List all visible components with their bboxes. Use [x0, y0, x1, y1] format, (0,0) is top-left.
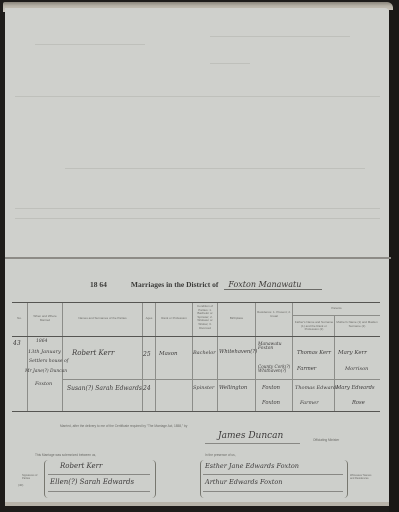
groom-residence-present: Manawatu Foxton [258, 343, 292, 352]
groom-mother-name: Mary Kerr [338, 351, 367, 357]
ghost-line [210, 36, 350, 37]
bride-mother-name: Mary Edwards [336, 386, 375, 391]
bride-mother-maiden: Rose [352, 401, 365, 406]
upper-page-blank [5, 8, 389, 258]
groom-name: Robert Kerr [72, 350, 114, 357]
entry-row-divider [62, 379, 380, 380]
header-birthplace: Birthplace [218, 317, 255, 321]
ghost-line [210, 63, 250, 64]
header-father: Father's Name and Surname (1) and the Ra… [294, 321, 334, 332]
bride-name: Susan(?) Sarah Edwards [67, 386, 142, 392]
signature-line [48, 491, 150, 492]
entry-place-3: Foxton [35, 382, 52, 387]
signature-line [203, 474, 343, 475]
minister-signature: James Duncan [218, 432, 283, 441]
groom-birthplace: Whitehaven(?) [219, 350, 257, 355]
entry-year: 1864 [36, 340, 47, 345]
header-residence: Residence: 1. Present; 2. Usual [256, 311, 292, 318]
column-divider [292, 303, 293, 411]
column-divider [255, 303, 256, 411]
certificate-text: Married, after the delivery to me of the… [60, 424, 187, 428]
header-mother: Mother's Name (1) and Maiden Surname (2) [335, 321, 379, 328]
district-name: Foxton Manawatu [224, 280, 322, 290]
groom-residence-usual: County Cork(?) Whithaven(?) [258, 365, 292, 373]
party-signature-groom: Robert Kerr [60, 463, 102, 470]
page-title: 18 64 Marriages in the District of Foxto… [90, 280, 330, 294]
parties-label: Signatures of Parties [22, 474, 42, 480]
page-marker: (40) [18, 483, 23, 487]
header-names: Names and Surnames of the Parties [63, 317, 142, 321]
minister-label: Officiating Minister [313, 438, 339, 442]
entry-number: 43 [13, 341, 21, 347]
header-when-where: When and Where Married [28, 315, 62, 322]
entry-place-2: Mr Jane(?) Duncan [25, 370, 67, 374]
groom-rank: Mason [159, 352, 178, 358]
groom-father-rank: Farmer [297, 367, 316, 372]
book-shadow [389, 10, 399, 512]
groom-father-name: Thomas Kerr [297, 351, 331, 356]
signature-line [203, 491, 343, 492]
bride-father-rank: Farmer [300, 401, 319, 406]
header-divider [12, 336, 380, 337]
ghost-line [35, 44, 145, 45]
witnesses-label: Witnesses' Names and Residences [350, 474, 376, 480]
bride-condition: Spinster [193, 386, 214, 391]
header-ages: Ages [143, 317, 155, 321]
bride-father-name: Thomas Edwards [295, 386, 339, 391]
entry-date: 13th January [28, 350, 61, 355]
bride-residence-present: Foxton [262, 386, 280, 391]
witness-signature-2: Arthur Edwards Foxton [205, 479, 282, 486]
solemnized-label: This Marriage was solemnized between us, [35, 453, 96, 457]
header-no: No. [12, 317, 27, 321]
ghost-line [15, 208, 380, 209]
parents-divider [292, 315, 380, 316]
column-divider [334, 315, 335, 411]
header-rank: Rank or Profession [156, 317, 192, 321]
party-signature-bride: Ellen(?) Sarah Edwards [50, 479, 134, 486]
minister-signature-line [205, 443, 300, 444]
bride-residence-usual: Foxton [262, 401, 280, 406]
header-parents: Parents [293, 307, 380, 311]
ghost-line [65, 168, 365, 169]
groom-mother-maiden: Morrison [345, 367, 368, 372]
header-condition: Condition of Parties: 1. Bachelor or Spi… [193, 305, 217, 330]
entry-place-1: Settlers house of [29, 360, 68, 365]
ghost-line [15, 218, 380, 219]
register-year: 18 64 [90, 280, 107, 289]
title-printed: Marriages in the District of [131, 280, 218, 289]
bride-age: 24 [143, 386, 151, 392]
marriage-register-table: No. When and Where Married Names and Sur… [12, 302, 380, 412]
signature-line [48, 474, 150, 475]
groom-condition: Bachelor [193, 351, 216, 356]
presence-label: In the presence of us, [205, 453, 236, 457]
ghost-line [15, 96, 380, 97]
bride-birthplace: Wellington [219, 386, 247, 391]
witness-signature-1: Esther Jane Edwards Foxton [205, 463, 299, 470]
book-bottom-edge [5, 502, 389, 506]
groom-age: 25 [143, 352, 151, 358]
